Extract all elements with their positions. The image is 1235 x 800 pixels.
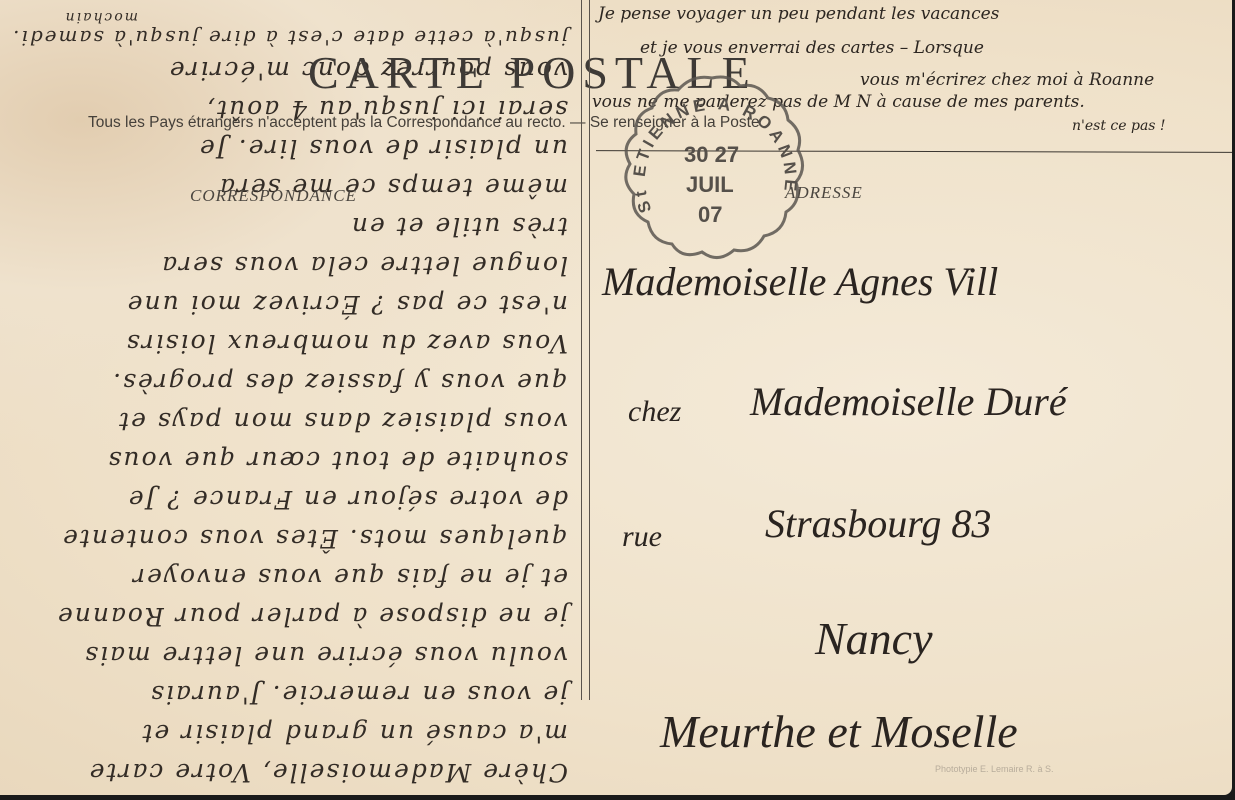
postmark-time: 30 27	[684, 142, 739, 167]
message-line: voulu vous écrire une lettre mais	[83, 641, 568, 670]
correspondence-label: CORRESPONDANCE	[190, 186, 357, 206]
message-line: de votre séjour en France ? Je	[127, 485, 568, 514]
message-line: n'est ce pas ? Écrivez moi une	[126, 290, 568, 319]
message-line: longue lettre cela vous sera	[160, 251, 568, 280]
address-line-region: Meurthe et Moselle	[660, 705, 1018, 758]
message-line: je ne dispose à parler pour Roanne	[56, 602, 568, 631]
message-line: Vous avez du nombreux loisirs	[125, 329, 568, 358]
message-line-top: Je pense voyager un peu pendant les vaca…	[598, 4, 999, 24]
address-line-care-of: Mademoiselle Duré	[750, 378, 1067, 425]
message-line: quelques mots. Êtes vous contente	[61, 524, 568, 553]
address-line-street: Strasbourg 83	[765, 500, 991, 547]
address-line-city: Nancy	[815, 612, 933, 665]
message-line-top: vous m'écrirez chez moi à Roanne	[860, 70, 1154, 90]
message-line: un plaisir de vous lire. Je	[198, 134, 568, 163]
message-line: mochain	[64, 9, 138, 25]
message-line: m'a causé un grand plaisir et	[140, 719, 568, 748]
message-line: très utile et en	[350, 212, 568, 241]
address-chez: chez	[628, 395, 681, 429]
address-line-recipient: Mademoiselle Agnes Vill	[602, 258, 998, 305]
message-line: je vous en remercie. J'aurais	[149, 680, 568, 709]
printer-mark: Phototypie E. Lemaire R. à S.	[935, 764, 1054, 774]
message-line-top: n'est ce pas !	[1072, 118, 1166, 134]
message-line: que vous y fassiez des progrès.	[111, 368, 568, 397]
message-line: souhaite de tout cœur que vous	[107, 446, 568, 475]
divider-line	[589, 0, 590, 700]
postmark-month: JUIL	[686, 172, 734, 197]
message-line: vous plaisiez dans mon pays et	[117, 407, 568, 436]
postcard: Chère Mademoiselle, Votre carte m'a caus…	[0, 0, 1232, 795]
message-line: et je ne fais que vous envoyer	[131, 563, 568, 592]
postmark-stamp: St ETIENNE A ROANNE 30 27 JUIL 07	[612, 70, 812, 265]
postmark-year: 07	[698, 202, 722, 227]
address-rue: rue	[622, 520, 662, 554]
message-line-top: et je vous enverrai des cartes – Lorsque	[640, 38, 984, 58]
divider-line	[581, 0, 582, 700]
message-line: Chère Mademoiselle, Votre carte	[88, 758, 568, 787]
